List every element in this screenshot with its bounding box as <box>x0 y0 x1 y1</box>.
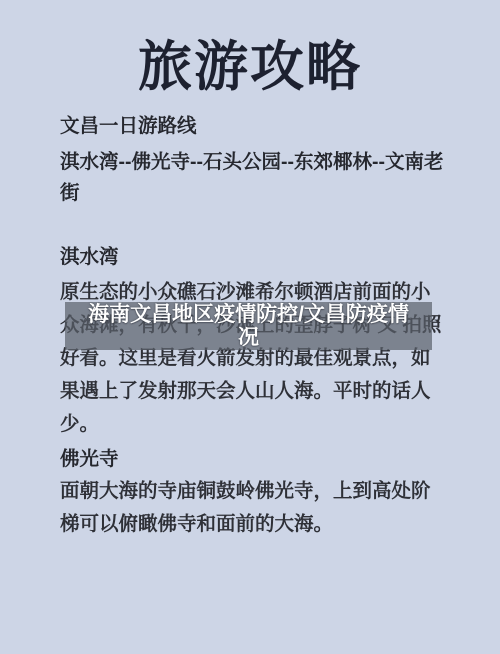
route-itinerary-text: 淇水湾--佛光寺--石头公园--东郊椰林--文南老街 <box>60 147 446 209</box>
travel-guide-page: 旅游攻略 文昌一日游路线 淇水湾--佛光寺--石头公园--东郊椰林--文南老街 … <box>0 0 500 654</box>
route-intro-heading: 文昌一日游路线 <box>60 111 446 141</box>
section-body-qishuiwan: 原生态的小众礁石沙滩希尔顿酒店前面的小众海滩，有秋千，沙滩上的歪脖子树 又 拍照… <box>60 276 446 441</box>
section-body-foguangsi: 面朝大海的寺庙铜鼓岭佛光寺，上到高处阶梯可以俯瞰佛寺和面前的大海。 <box>60 475 446 541</box>
watermark-text: 海南文昌地区疫情防控/文昌防疫情况 <box>78 303 419 349</box>
section-heading-foguangsi: 佛光寺 <box>60 444 446 474</box>
page-title: 旅游攻略 <box>0 38 500 96</box>
watermark-banner: 海南文昌地区疫情防控/文昌防疫情况 <box>65 302 432 350</box>
section-heading-qishuiwan: 淇水湾 <box>60 242 446 272</box>
